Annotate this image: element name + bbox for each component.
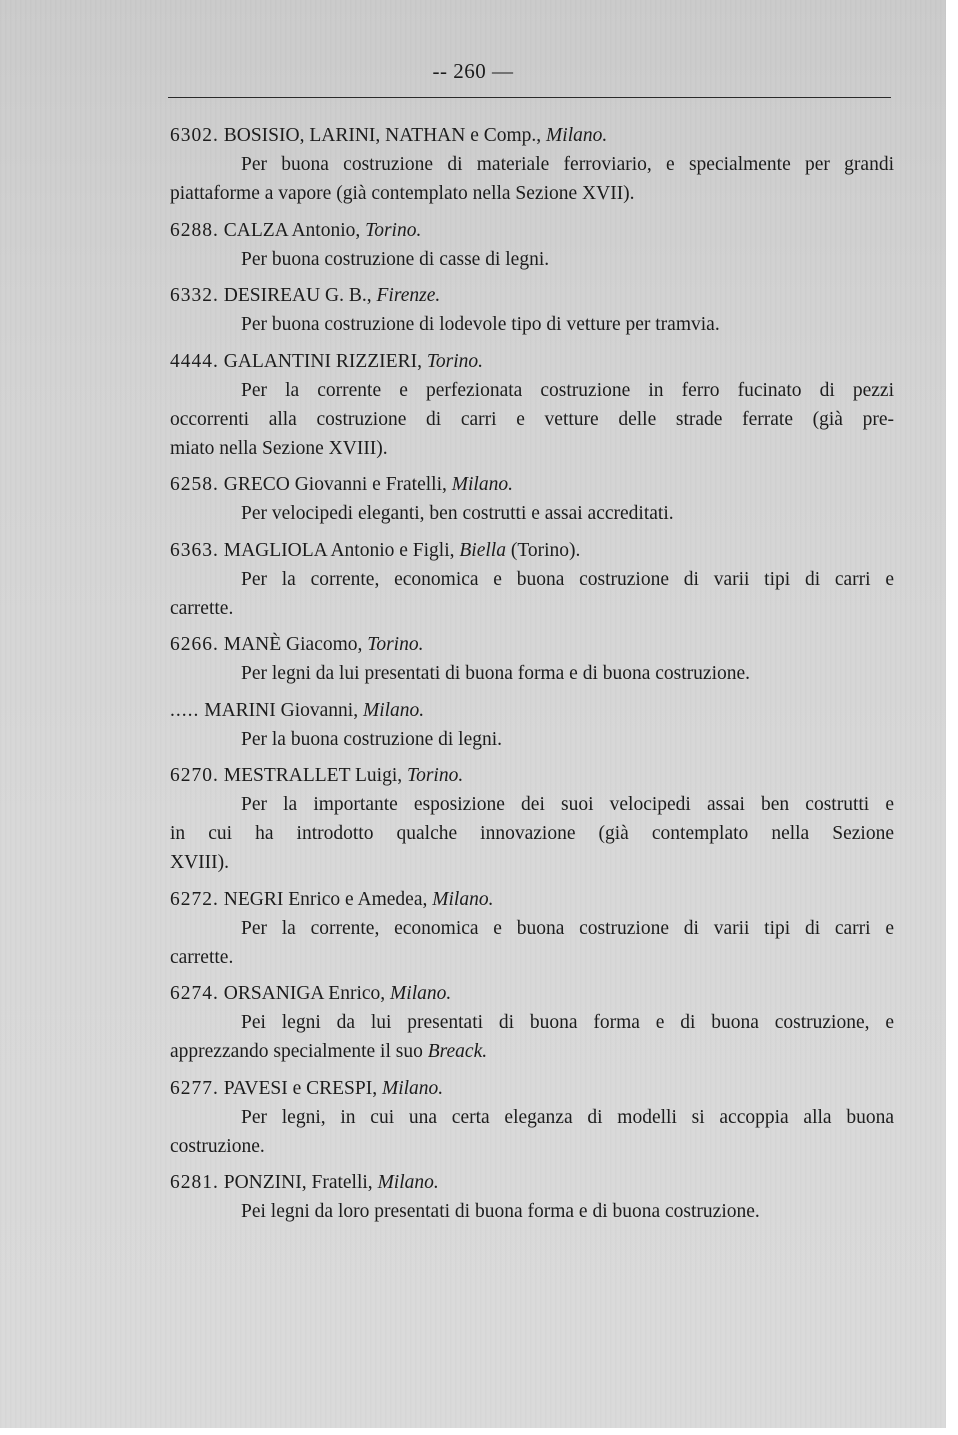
award-description: Per la buona costruzione di legni. <box>170 725 894 754</box>
entry-number: 6288. <box>170 220 219 241</box>
entry-heading: 6258. GRECO Giovanni e Fratelli, Milano. <box>170 470 894 499</box>
description-line: Per velocipedi eleganti, ben costrutti e… <box>216 499 894 528</box>
entry-heading: 6332. DESIREAU G. B., Firenze. <box>170 281 894 310</box>
exhibitor-name: PAVESI e CRESPI, <box>224 1078 377 1099</box>
award-entry: 6274. ORSANIGA Enrico, Milano. Pei legni… <box>170 979 894 1066</box>
award-entry: 6272. NEGRI Enrico e Amedea, Milano. Per… <box>170 885 894 972</box>
exhibitor-city-suffix: (Torino). <box>506 540 580 561</box>
description-line: Per buona costruzione di casse di legni. <box>216 245 894 274</box>
exhibitor-city: Milano. <box>432 889 493 910</box>
description-line: Per buona costruzione di materiale ferro… <box>170 150 894 179</box>
entry-number: 6266. <box>170 634 219 655</box>
entry-heading: 6363. MAGLIOLA Antonio e Figli, Biella (… <box>170 536 894 565</box>
exhibitor-name: DESIREAU G. B., <box>224 285 372 306</box>
entry-number: 6277. <box>170 1078 219 1099</box>
description-line: carrette. <box>170 943 894 972</box>
entry-number: 6258. <box>170 474 219 495</box>
entry-number: 6302. <box>170 125 219 146</box>
description-line: Pei legni da lui presentati di buona for… <box>170 1008 894 1037</box>
entry-number: 6272. <box>170 889 219 910</box>
entry-number: ..... <box>170 700 199 721</box>
entry-heading: 6272. NEGRI Enrico e Amedea, Milano. <box>170 885 894 914</box>
exhibitor-city: Torino. <box>367 634 423 655</box>
description-line: piattaforme a vapore (già contemplato ne… <box>170 179 894 208</box>
award-description: Pei legni da loro presentati di buona fo… <box>170 1197 894 1226</box>
exhibitor-city: Milano. <box>378 1172 439 1193</box>
entry-heading: 6288. CALZA Antonio, Torino. <box>170 216 894 245</box>
award-description: Pei legni da lui presentati di buona for… <box>170 1008 894 1066</box>
exhibitor-city: Milano. <box>452 474 513 495</box>
entry-heading: ..... MARINI Giovanni, Milano. <box>170 696 894 725</box>
award-list: 6302. BOSISIO, LARINI, NATHAN e Comp., M… <box>170 121 894 1234</box>
exhibitor-city: Torino. <box>427 351 483 372</box>
entry-heading: 6302. BOSISIO, LARINI, NATHAN e Comp., M… <box>170 121 894 150</box>
entry-number: 4444. <box>170 351 219 372</box>
description-line: Per buona costruzione di lodevole tipo d… <box>216 310 894 339</box>
exhibitor-name: CALZA Antonio, <box>224 220 361 241</box>
scanned-page: -- 260 — 6302. BOSISIO, LARINI, NATHAN e… <box>0 0 946 1428</box>
award-entry: ..... MARINI Giovanni, Milano. Per la bu… <box>170 696 894 754</box>
award-description: Per velocipedi eleganti, ben costrutti e… <box>170 499 894 528</box>
award-description: Per la corrente, economica e buona costr… <box>170 914 894 972</box>
exhibitor-city: Milano. <box>546 125 607 146</box>
description-line: Per la corrente e perfezionata costruzio… <box>170 376 894 405</box>
entry-number: 6274. <box>170 983 219 1004</box>
description-line: in cui ha introdotto qualche innovazione… <box>170 819 894 848</box>
description-line: Per la buona costruzione di legni. <box>216 725 894 754</box>
entry-heading: 6281. PONZINI, Fratelli, Milano. <box>170 1168 894 1197</box>
exhibitor-name: GALANTINI RIZZIERI, <box>224 351 422 372</box>
description-line: apprezzando specialmente il suo Breack. <box>170 1037 894 1066</box>
award-description: Per la corrente, economica e buona costr… <box>170 565 894 623</box>
award-entry: 4444. GALANTINI RIZZIERI, Torino. Per la… <box>170 347 894 463</box>
exhibitor-city: Torino. <box>365 220 421 241</box>
italic-term: Breack. <box>423 1041 487 1062</box>
entry-number: 6332. <box>170 285 219 306</box>
exhibitor-city: Biella <box>459 540 506 561</box>
award-description: Per buona costruzione di casse di legni. <box>170 245 894 274</box>
exhibitor-name: GRECO Giovanni e Fratelli, <box>224 474 447 495</box>
description-line: Per legni, in cui una certa eleganza di … <box>170 1103 894 1132</box>
award-entry: 6258. GRECO Giovanni e Fratelli, Milano.… <box>170 470 894 528</box>
award-entry: 6302. BOSISIO, LARINI, NATHAN e Comp., M… <box>170 121 894 208</box>
award-entry: 6266. MANÈ Giacomo, Torino. Per legni da… <box>170 630 894 688</box>
header-rule <box>168 97 891 98</box>
exhibitor-city: Firenze. <box>377 285 441 306</box>
entry-number: 6270. <box>170 765 219 786</box>
description-line: Pei legni da loro presentati di buona fo… <box>216 1197 894 1226</box>
award-description: Per la importante esposizione dei suoi v… <box>170 790 894 877</box>
award-entry: 6332. DESIREAU G. B., Firenze. Per buona… <box>170 281 894 339</box>
award-entry: 6277. PAVESI e CRESPI, Milano. Per legni… <box>170 1074 894 1161</box>
description-line: Per legni da lui presentati di buona for… <box>216 659 894 688</box>
exhibitor-name: MANÈ Giacomo, <box>224 634 363 655</box>
description-line: occorrenti alla costruzione di carri e v… <box>170 405 894 434</box>
award-description: Per buona costruzione di materiale ferro… <box>170 150 894 208</box>
entry-heading: 4444. GALANTINI RIZZIERI, Torino. <box>170 347 894 376</box>
description-line: miato nella Sezione XVIII). <box>170 434 894 463</box>
exhibitor-name: NEGRI Enrico e Amedea, <box>224 889 428 910</box>
award-entry: 6288. CALZA Antonio, Torino. Per buona c… <box>170 216 894 274</box>
exhibitor-city: Torino. <box>407 765 463 786</box>
exhibitor-name: MARINI Giovanni, <box>204 700 358 721</box>
entry-heading: 6266. MANÈ Giacomo, Torino. <box>170 630 894 659</box>
exhibitor-name: MESTRALLET Luigi, <box>224 765 402 786</box>
award-description: Per buona costruzione di lodevole tipo d… <box>170 310 894 339</box>
exhibitor-city: Milano. <box>363 700 424 721</box>
description-line: Per la corrente, economica e buona costr… <box>170 565 894 594</box>
description-line: costruzione. <box>170 1132 894 1161</box>
award-entry: 6281. PONZINI, Fratelli, Milano. Pei leg… <box>170 1168 894 1226</box>
page-number: -- 260 — <box>0 59 946 84</box>
award-entry: 6270. MESTRALLET Luigi, Torino. Per la i… <box>170 761 894 877</box>
description-line: Per la corrente, economica e buona costr… <box>170 914 894 943</box>
exhibitor-name: PONZINI, Fratelli, <box>224 1172 373 1193</box>
entry-heading: 6274. ORSANIGA Enrico, Milano. <box>170 979 894 1008</box>
entry-number: 6363. <box>170 540 219 561</box>
exhibitor-city: Milano. <box>382 1078 443 1099</box>
exhibitor-city: Milano. <box>390 983 451 1004</box>
exhibitor-name: ORSANIGA Enrico, <box>224 983 385 1004</box>
award-description: Per la corrente e perfezionata costruzio… <box>170 376 894 463</box>
entry-heading: 6270. MESTRALLET Luigi, Torino. <box>170 761 894 790</box>
entry-heading: 6277. PAVESI e CRESPI, Milano. <box>170 1074 894 1103</box>
description-line: XVIII). <box>170 848 894 877</box>
entry-number: 6281. <box>170 1172 219 1193</box>
exhibitor-name: BOSISIO, LARINI, NATHAN e Comp., <box>224 125 541 146</box>
description-line: Per la importante esposizione dei suoi v… <box>170 790 894 819</box>
award-entry: 6363. MAGLIOLA Antonio e Figli, Biella (… <box>170 536 894 623</box>
exhibitor-name: MAGLIOLA Antonio e Figli, <box>224 540 455 561</box>
award-description: Per legni, in cui una certa eleganza di … <box>170 1103 894 1161</box>
award-description: Per legni da lui presentati di buona for… <box>170 659 894 688</box>
description-line: carrette. <box>170 594 894 623</box>
